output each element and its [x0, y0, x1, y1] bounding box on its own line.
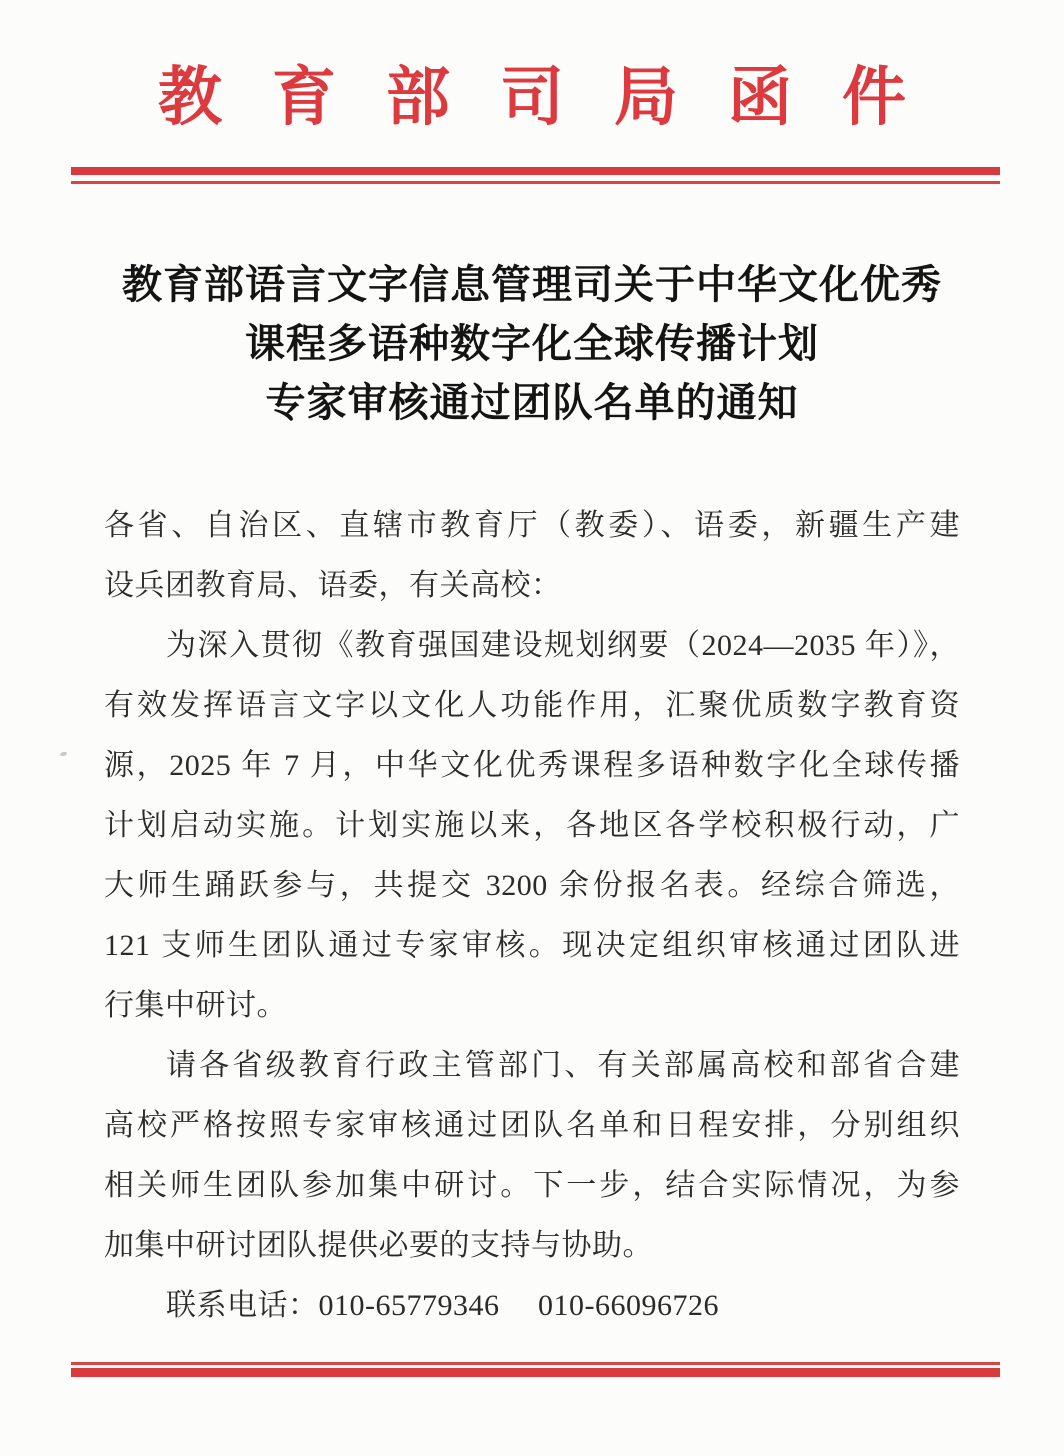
notice-title-line: 专家审核通过团队名单的通知	[0, 374, 1064, 433]
notice-title: 教育部语言文字信息管理司关于中华文化优秀 课程多语种数字化全球传播计划 专家审核…	[0, 256, 1064, 433]
body-line: 为深入贯彻《教育强国建设规划纲要（2024—2035 年）》，	[104, 616, 960, 676]
body-line: 请各省级教育行政主管部门、有关部属高校和部省合建	[104, 1036, 960, 1096]
notice-title-line: 课程多语种数字化全球传播计划	[0, 315, 1064, 374]
letterhead-rule-thin	[71, 181, 1000, 184]
body-line: 大师生踊跃参与，共提交 3200 余份报名表。经综合筛选，	[104, 856, 960, 916]
body-line: 高校严格按照专家审核通过团队名单和日程安排，分别组织	[104, 1096, 960, 1156]
body-line: 有效发挥语言文字以文化人功能作用，汇聚优质数字教育资	[104, 676, 960, 736]
body-line: 各省、自治区、直辖市教育厅（教委）、语委，新疆生产建	[104, 496, 960, 556]
body-line: 计划启动实施。计划实施以来，各地区各学校积极行动，广	[104, 796, 960, 856]
body-line: 行集中研讨。	[104, 976, 960, 1036]
body-line: 121 支师生团队通过专家审核。现决定组织审核通过团队进	[104, 916, 960, 976]
letterhead-rule-thick	[71, 167, 1000, 175]
notice-body: 各省、自治区、直辖市教育厅（教委）、语委，新疆生产建 设兵团教育局、语委，有关高…	[104, 496, 960, 1336]
contact-phone-line: 联系电话：010-65779346 010-66096726	[104, 1276, 960, 1336]
body-line: 设兵团教育局、语委，有关高校：	[104, 556, 960, 616]
footer-rule-thin	[71, 1362, 1000, 1365]
body-line: 源，2025 年 7 月，中华文化优秀课程多语种数字化全球传播	[104, 736, 960, 796]
body-line: 加集中研讨团队提供必要的支持与协助。	[104, 1216, 960, 1276]
notice-title-line: 教育部语言文字信息管理司关于中华文化优秀	[0, 256, 1064, 315]
scan-speck	[60, 751, 68, 757]
letterhead-title: 教育部司局函件	[0, 58, 1064, 138]
footer-rule-thick	[71, 1368, 1000, 1377]
document-page: 教育部司局函件 教育部语言文字信息管理司关于中华文化优秀 课程多语种数字化全球传…	[0, 0, 1064, 1456]
body-line: 相关师生团队参加集中研讨。下一步，结合实际情况，为参	[104, 1156, 960, 1216]
